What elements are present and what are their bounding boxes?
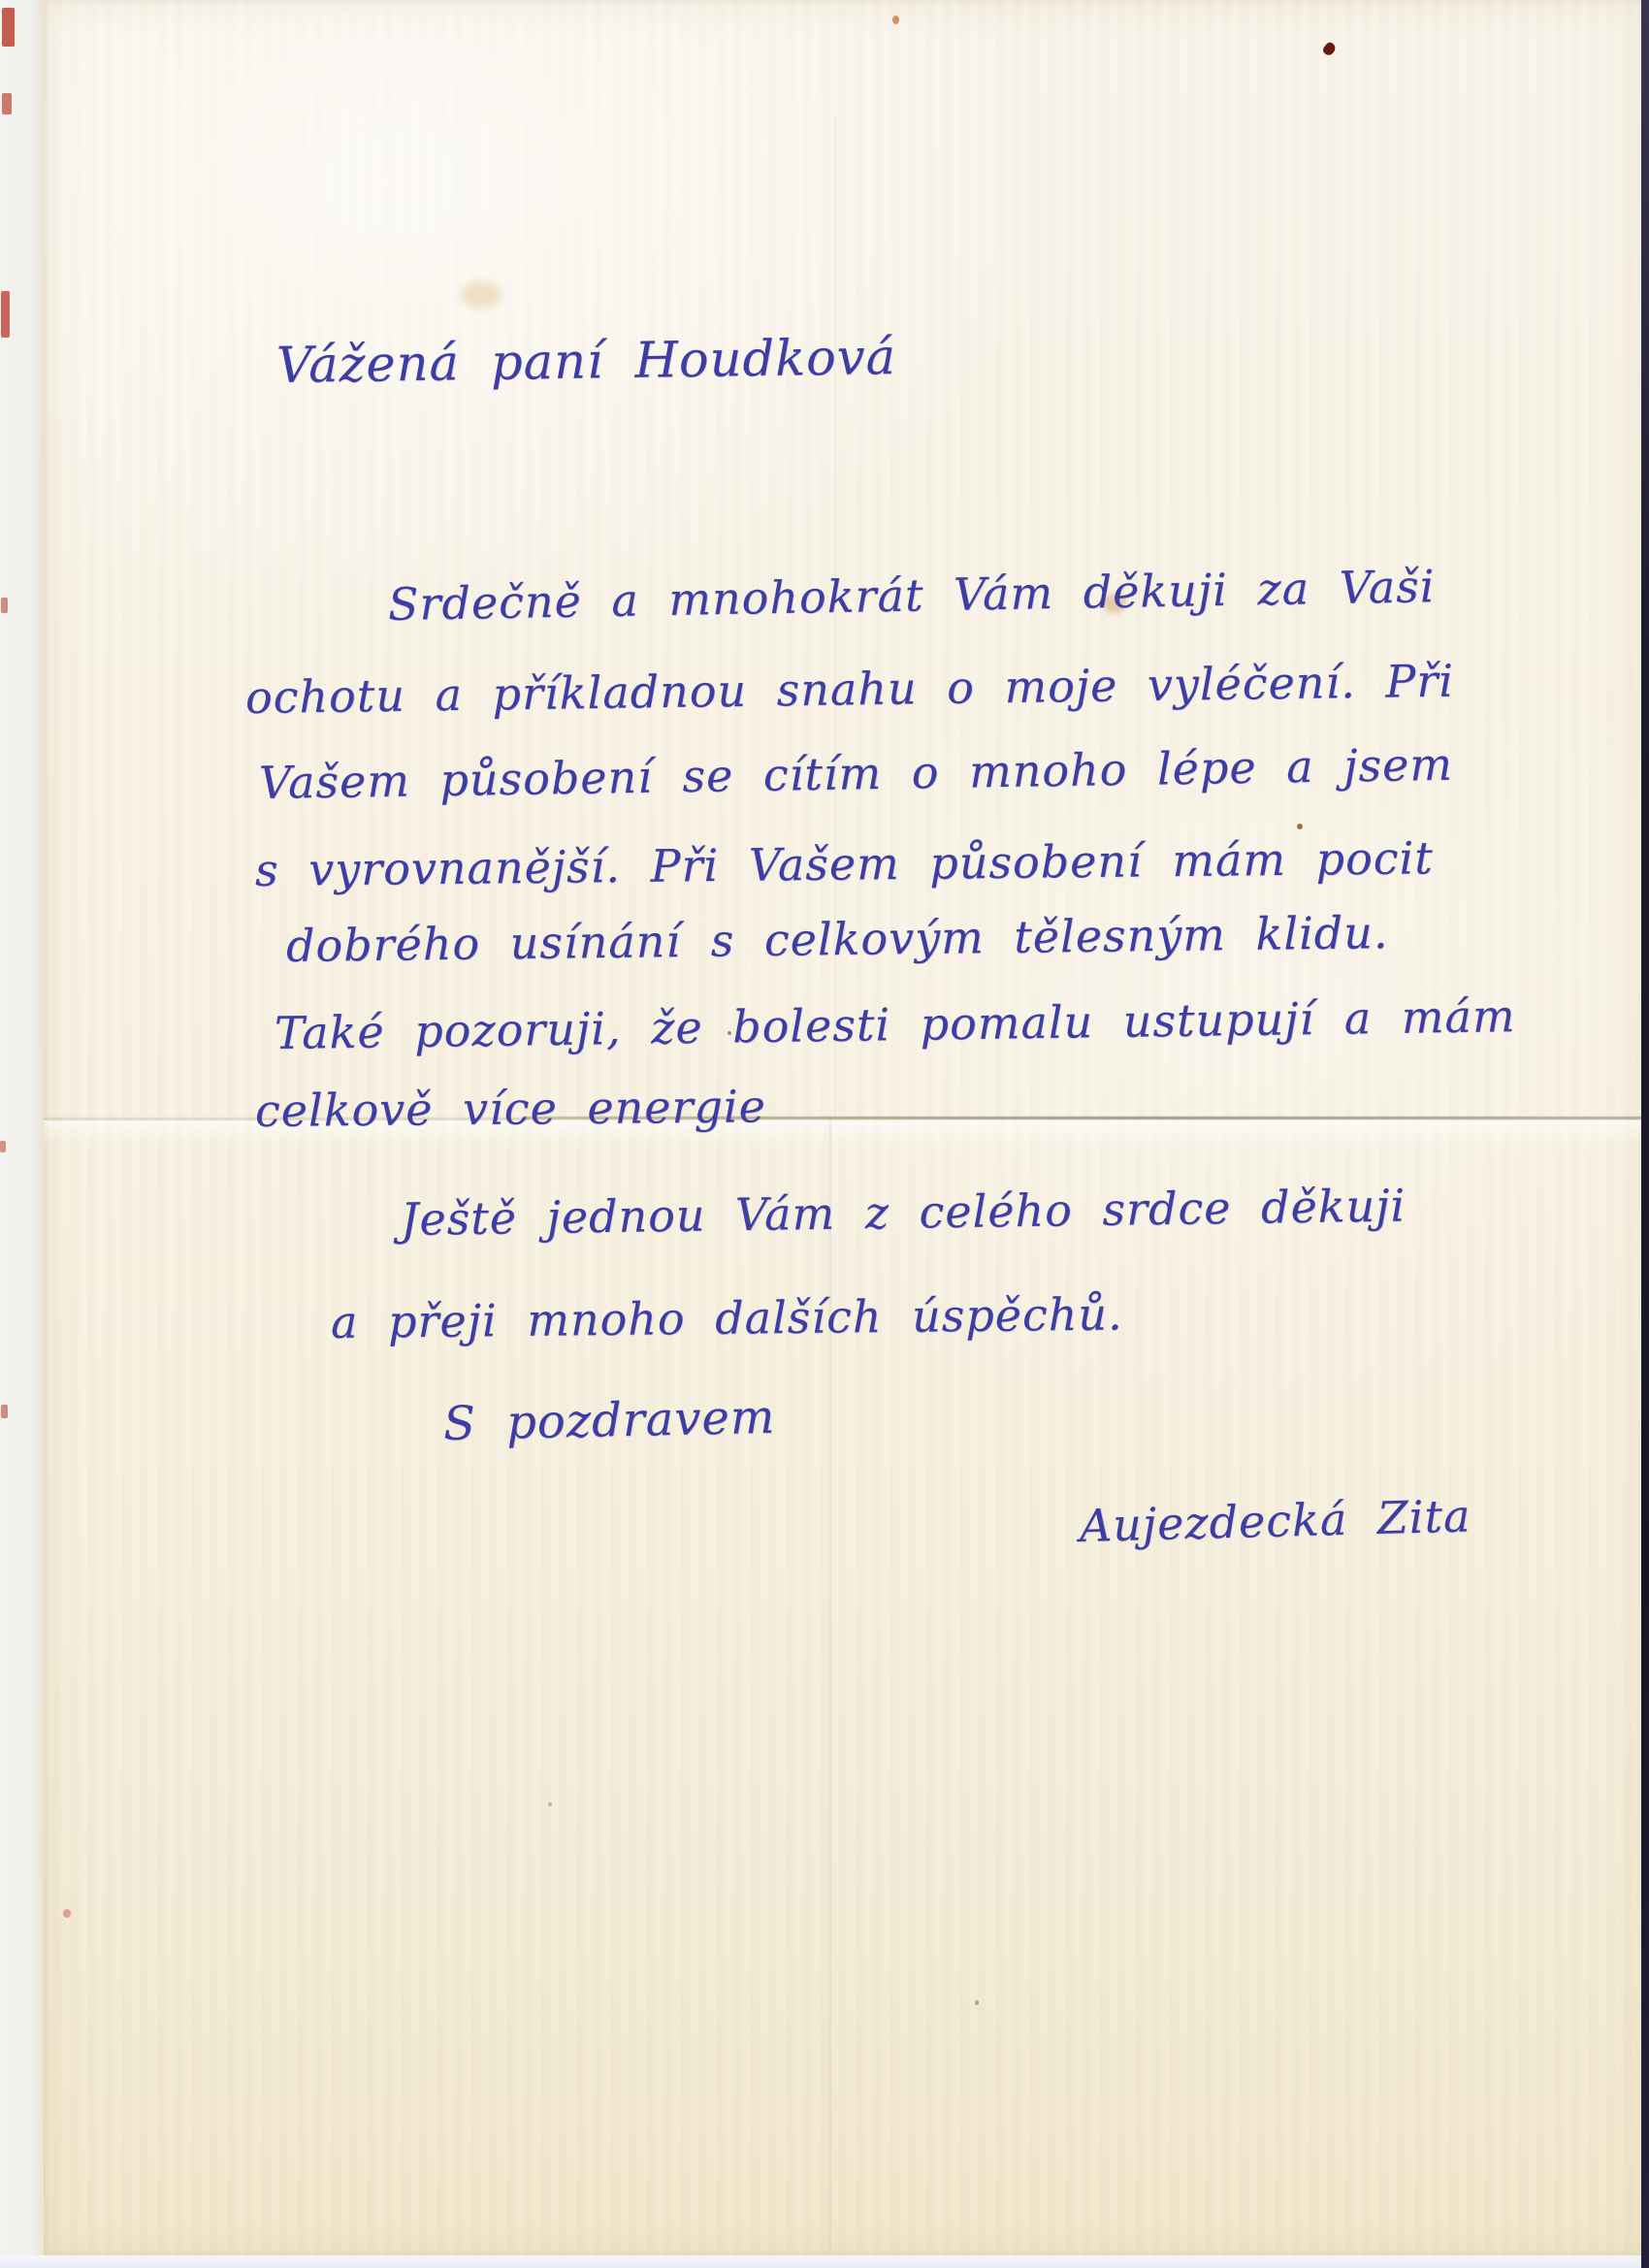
paper-speck xyxy=(1321,41,1338,57)
paper-speck xyxy=(975,2000,979,2005)
body-line: Také pozoruji, že bolesti pomalu ustupuj… xyxy=(275,989,1516,1059)
body-line: celkově více energie xyxy=(255,1080,766,1137)
body-line: Vašem působení se cítím o mnoho lépe a j… xyxy=(259,738,1454,809)
paper-stain xyxy=(461,281,501,308)
paper-speck xyxy=(548,1802,552,1806)
letter-paper: Vážená paní Houdková Srdečně a mnohokrát… xyxy=(44,0,1641,2255)
body-line: s vyrovnanější. Při Vašem působení mám p… xyxy=(255,831,1434,896)
red-edge-artifact xyxy=(2,93,12,114)
scanner-edge-bottom xyxy=(0,2255,1641,2268)
body-line: dobrého usínání s celkovým tělesným klid… xyxy=(286,906,1389,972)
red-edge-artifact xyxy=(1,1405,8,1418)
vertical-fold-crease xyxy=(829,1116,831,2252)
scanner-edge-left xyxy=(0,0,44,2268)
red-edge-artifact xyxy=(1,598,8,613)
body-line: Ještě jednou Vám z celého srdce děkuji xyxy=(401,1180,1406,1246)
paper-speck xyxy=(63,1909,71,1918)
scanner-edge-right xyxy=(1641,0,1649,2268)
body-line: a přeji mnoho dalších úspěchů. xyxy=(331,1287,1123,1348)
body-line: ochotu a příkladnou snahu o moje vyléčen… xyxy=(245,655,1455,724)
red-edge-artifact xyxy=(2,8,15,47)
scanned-letter: Vážená paní Houdková Srdečně a mnohokrát… xyxy=(0,0,1649,2268)
salutation-line: Vážená paní Houdková xyxy=(276,329,897,395)
closing-line: S pozdravem xyxy=(442,1390,775,1451)
paper-speck xyxy=(1297,824,1303,829)
red-edge-artifact xyxy=(0,1141,6,1152)
red-edge-artifact xyxy=(1,291,10,338)
signature-line: Aujezdecká Zita xyxy=(1079,1489,1471,1552)
paper-speck xyxy=(892,16,899,24)
body-line: Srdečně a mnohokrát Vám děkuji za Vaši xyxy=(388,560,1436,631)
